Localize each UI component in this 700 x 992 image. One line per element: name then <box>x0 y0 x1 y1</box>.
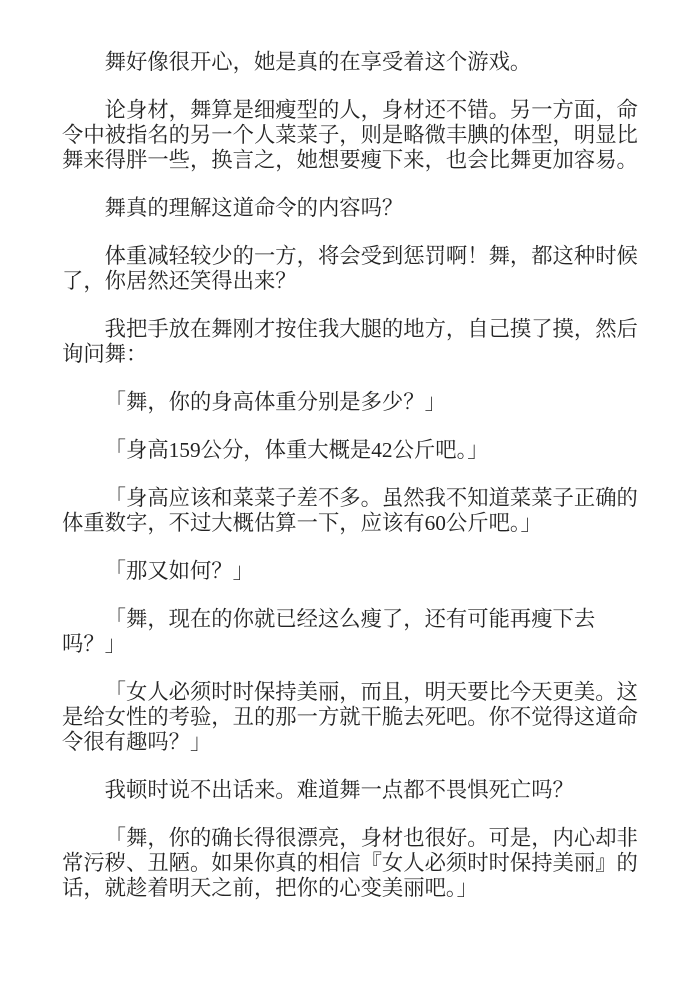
text-line: 「那又如何？」 <box>62 559 638 584</box>
text-line: 令中被指名的另一个人菜菜子，则是略微丰腆的体型，明显比 <box>62 123 638 148</box>
text-line: 论身材，舞算是细瘦型的人，身材还不错。另一方面，命 <box>62 98 638 123</box>
paragraph: 舞真的理解这道命令的内容吗？ <box>62 196 638 221</box>
text-line: 「舞，你的确长得很漂亮，身材也很好。可是，内心却非 <box>62 826 638 851</box>
text-line: 「舞，现在的你就已经这么瘦了，还有可能再瘦下去 <box>62 607 638 632</box>
text-line: 询问舞： <box>62 342 638 367</box>
text-line: 令很有趣吗？」 <box>62 730 638 755</box>
text-line: 「女人必须时时保持美丽，而且，明天要比今天更美。这 <box>62 680 638 705</box>
paragraph: 「身高应该和菜菜子差不多。虽然我不知道菜菜子正确的体重数字，不过大概估算一下，应… <box>62 486 638 536</box>
text-line: 我把手放在舞刚才按住我大腿的地方，自己摸了摸，然后 <box>62 317 638 342</box>
paragraph: 「舞，你的确长得很漂亮，身材也很好。可是，内心却非常污秽、丑陋。如果你真的相信『… <box>62 826 638 901</box>
text-line: 是给女性的考验，丑的那一方就干脆去死吧。你不觉得这道命 <box>62 705 638 730</box>
text-line: 舞真的理解这道命令的内容吗？ <box>62 196 638 221</box>
text-line: 常污秽、丑陋。如果你真的相信『女人必须时时保持美丽』的 <box>62 851 638 876</box>
paragraph: 论身材，舞算是细瘦型的人，身材还不错。另一方面，命令中被指名的另一个人菜菜子，则… <box>62 98 638 173</box>
paragraph: 舞好像很开心，她是真的在享受着这个游戏。 <box>62 50 638 75</box>
text-line: 体重减轻较少的一方，将会受到惩罚啊！舞，都这种时候 <box>62 244 638 269</box>
text-line: 「身高应该和菜菜子差不多。虽然我不知道菜菜子正确的 <box>62 486 638 511</box>
paragraph: 「身高159公分，体重大概是42公斤吧。」 <box>62 438 638 463</box>
text-line: 了，你居然还笑得出来？ <box>62 269 638 294</box>
text-line: 舞来得胖一些，换言之，她想要瘦下来，也会比舞更加容易。 <box>62 148 638 173</box>
text-line: 话，就趁着明天之前，把你的心变美丽吧。」 <box>62 876 638 901</box>
paragraph: 我把手放在舞刚才按住我大腿的地方，自己摸了摸，然后询问舞： <box>62 317 638 367</box>
paragraph: 「舞，现在的你就已经这么瘦了，还有可能再瘦下去吗？」 <box>62 607 638 657</box>
text-line: 「舞，你的身高体重分别是多少？」 <box>62 390 638 415</box>
novel-page: 舞好像很开心，她是真的在享受着这个游戏。论身材，舞算是细瘦型的人，身材还不错。另… <box>0 0 700 992</box>
paragraph: 「那又如何？」 <box>62 559 638 584</box>
paragraph: 我顿时说不出话来。难道舞一点都不畏惧死亡吗？ <box>62 778 638 803</box>
paragraph: 体重减轻较少的一方，将会受到惩罚啊！舞，都这种时候了，你居然还笑得出来？ <box>62 244 638 294</box>
text-line: 吗？」 <box>62 632 638 657</box>
text-line: 舞好像很开心，她是真的在享受着这个游戏。 <box>62 50 638 75</box>
text-line: 体重数字，不过大概估算一下，应该有60公斤吧。」 <box>62 511 638 536</box>
text-line: 「身高159公分，体重大概是42公斤吧。」 <box>62 438 638 463</box>
paragraph: 「女人必须时时保持美丽，而且，明天要比今天更美。这是给女性的考验，丑的那一方就干… <box>62 680 638 755</box>
text-content: 舞好像很开心，她是真的在享受着这个游戏。论身材，舞算是细瘦型的人，身材还不错。另… <box>62 50 638 901</box>
paragraph: 「舞，你的身高体重分别是多少？」 <box>62 390 638 415</box>
text-line: 我顿时说不出话来。难道舞一点都不畏惧死亡吗？ <box>62 778 638 803</box>
